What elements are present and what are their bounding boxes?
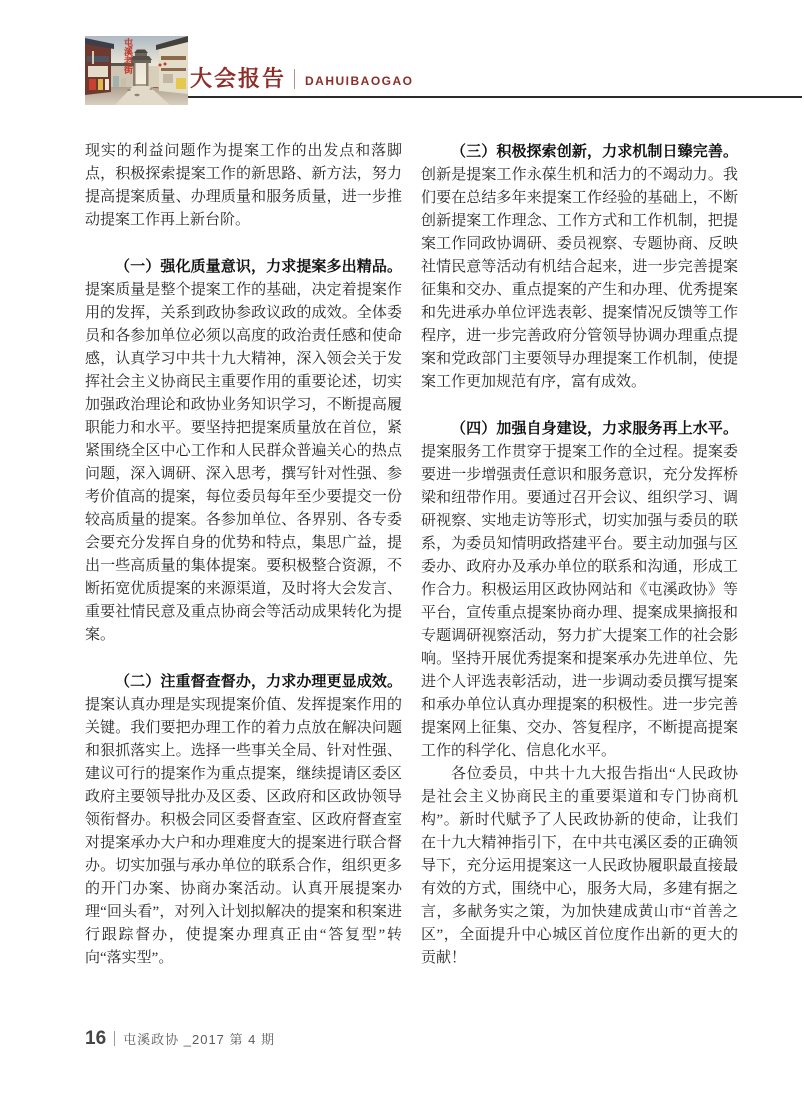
section-4-heading: （四）加强自身建设，力求服务再上水平。 (451, 420, 738, 437)
left-column: 现实的利益问题作为提案工作的出发点和落脚点，积极探索提案工作的新思路、新方法，努… (85, 140, 402, 970)
closing-paragraph: 各位委员，中共十九大报告指出“人民政协是社会主义协商民主的重要渠道和专门协商机构… (421, 763, 738, 970)
magazine-page: 屯溪老街 大会报告 DAHUIBAOGAO 现实的利益问题作为提案工作的出发点和… (0, 0, 804, 1098)
right-column: （三）积极探索创新，力求机制日臻完善。创新是提案工作永葆生机和活力的不竭动力。我… (421, 140, 738, 970)
masthead: 大会报告 DAHUIBAOGAO (190, 63, 414, 95)
title-divider (294, 69, 295, 89)
photo-seal-text: 屯溪老街 (123, 38, 133, 74)
section-title: 大会报告 (190, 68, 286, 90)
section-1-heading: （一）强化质量意识，力求提案多出精品。 (115, 258, 402, 275)
paragraph-continuation: 现实的利益问题作为提案工作的出发点和落脚点，积极探索提案工作的新思路、新方法，努… (85, 140, 402, 232)
section-2-heading: （二）注重督查督办，力求办理更显成效。 (115, 673, 402, 690)
section-3-text: 创新是提案工作永葆生机和活力的不竭动力。我们要在总结多年来提案工作经验的基础上，… (421, 167, 738, 390)
section-4-text: 提案服务工作贯穿于提案工作的全过程。提案委要进一步增强责任意识和服务意识，充分发… (421, 444, 738, 759)
section-3: （三）积极探索创新，力求机制日臻完善。创新是提案工作永葆生机和活力的不竭动力。我… (421, 140, 738, 394)
section-4: （四）加强自身建设，力求服务再上水平。提案服务工作贯穿于提案工作的全过程。提案委… (421, 417, 738, 763)
header-photo: 屯溪老街 (85, 36, 188, 105)
page-number: 16 (85, 1029, 106, 1048)
section-3-heading: （三）积极探索创新，力求机制日臻完善。 (451, 143, 738, 160)
section-2-text: 提案认真办理是实现提案价值、发挥提案作用的关键。我们要把办理工作的着力点放在解决… (85, 697, 402, 966)
header-rule (188, 96, 802, 98)
section-1: （一）强化质量意识，力求提案多出精品。提案质量是整个提案工作的基础，决定着提案作… (85, 255, 402, 647)
page-footer: 16 屯溪政协 _2017 第 4 期 (85, 1026, 275, 1050)
street-photo-illustration (85, 36, 188, 105)
footer-divider (114, 1031, 115, 1046)
section-subtitle: DAHUIBAOGAO (305, 70, 414, 88)
section-1-text: 提案质量是整个提案工作的基础，决定着提案作用的发挥，关系到政协参政议政的成效。全… (85, 282, 402, 643)
journal-issue-label: 屯溪政协 _2017 第 4 期 (123, 1029, 275, 1048)
section-2: （二）注重督查督办，力求办理更显成效。提案认真办理是实现提案价值、发挥提案作用的… (85, 670, 402, 970)
